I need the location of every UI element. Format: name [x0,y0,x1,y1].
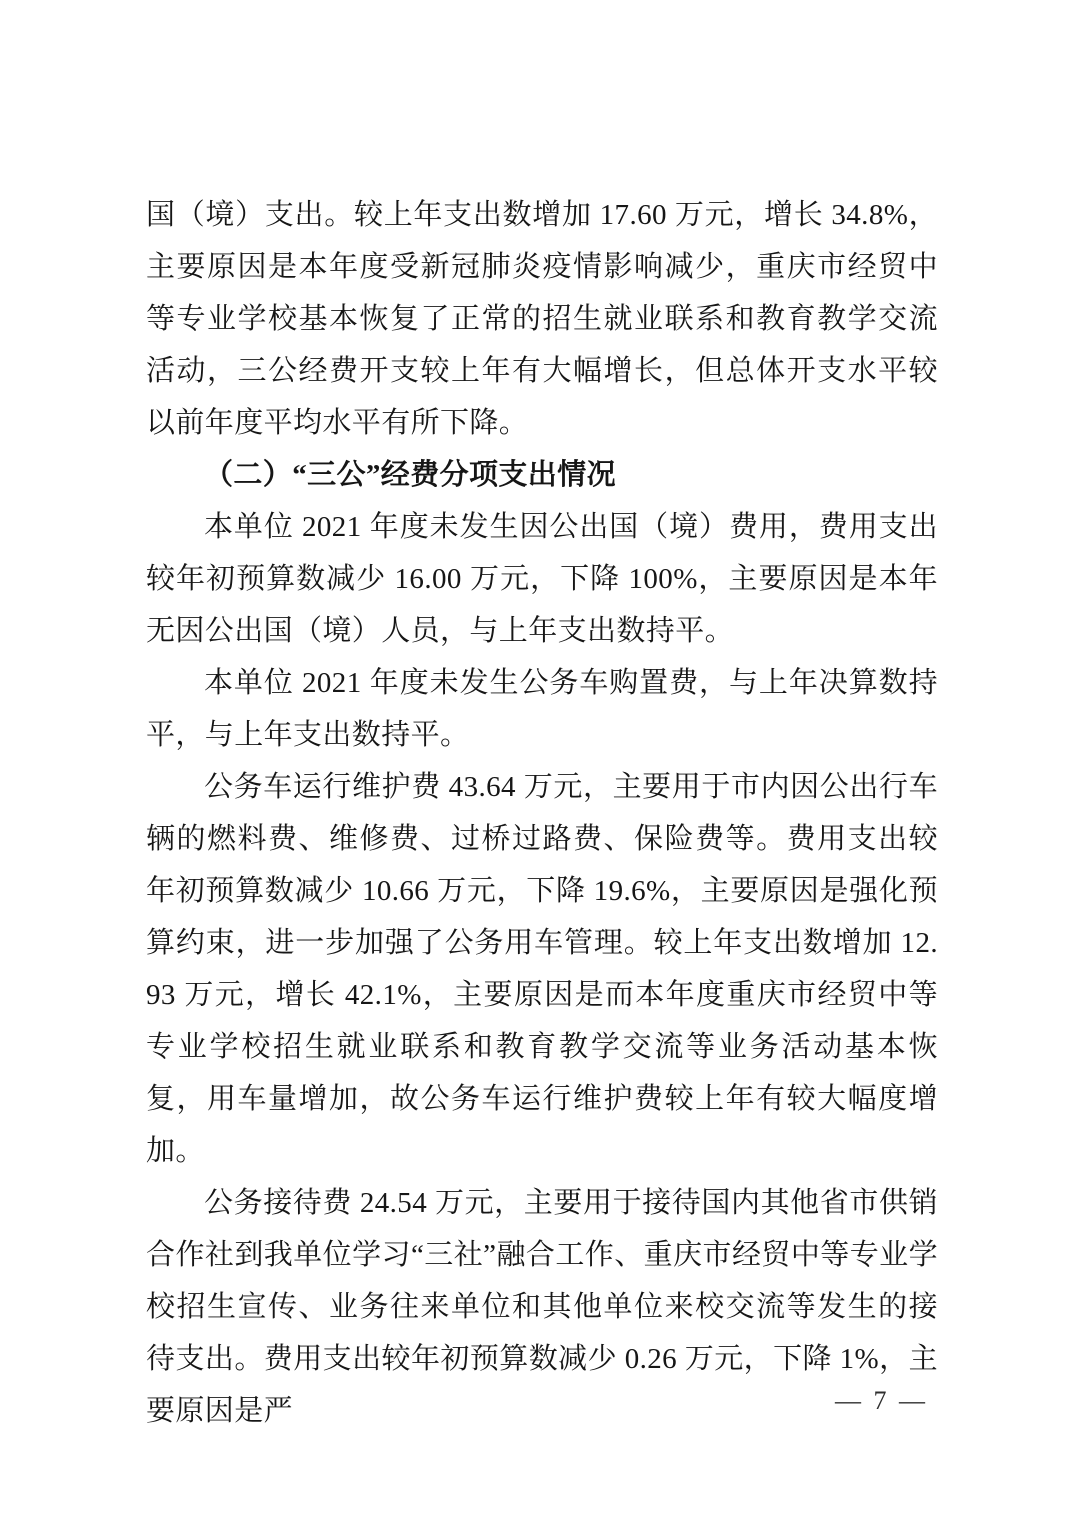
body-paragraph: 本单位 2021 年度未发生公务车购置费，与上年决算数持平，与上年支出数持平。 [146,657,938,761]
body-paragraph: 公务车运行维护费 43.64 万元，主要用于市内因公出行车辆的燃料费、维修费、过… [146,761,938,1177]
section-heading: （二）“三公”经费分项支出情况 [146,449,938,501]
page-footer: — 7 — [0,1381,1074,1421]
document-body: 国（境）支出。较上年支出数增加 17.60 万元，增长 34.8%，主要原因是本… [146,189,938,1437]
body-paragraph: 国（境）支出。较上年支出数增加 17.60 万元，增长 34.8%，主要原因是本… [146,189,938,449]
document-page: 国（境）支出。较上年支出数增加 17.60 万元，增长 34.8%，主要原因是本… [0,0,1074,1520]
page-number: — 7 — [835,1381,928,1421]
body-paragraph: 本单位 2021 年度未发生因公出国（境）费用，费用支出较年初预算数减少 16.… [146,501,938,657]
